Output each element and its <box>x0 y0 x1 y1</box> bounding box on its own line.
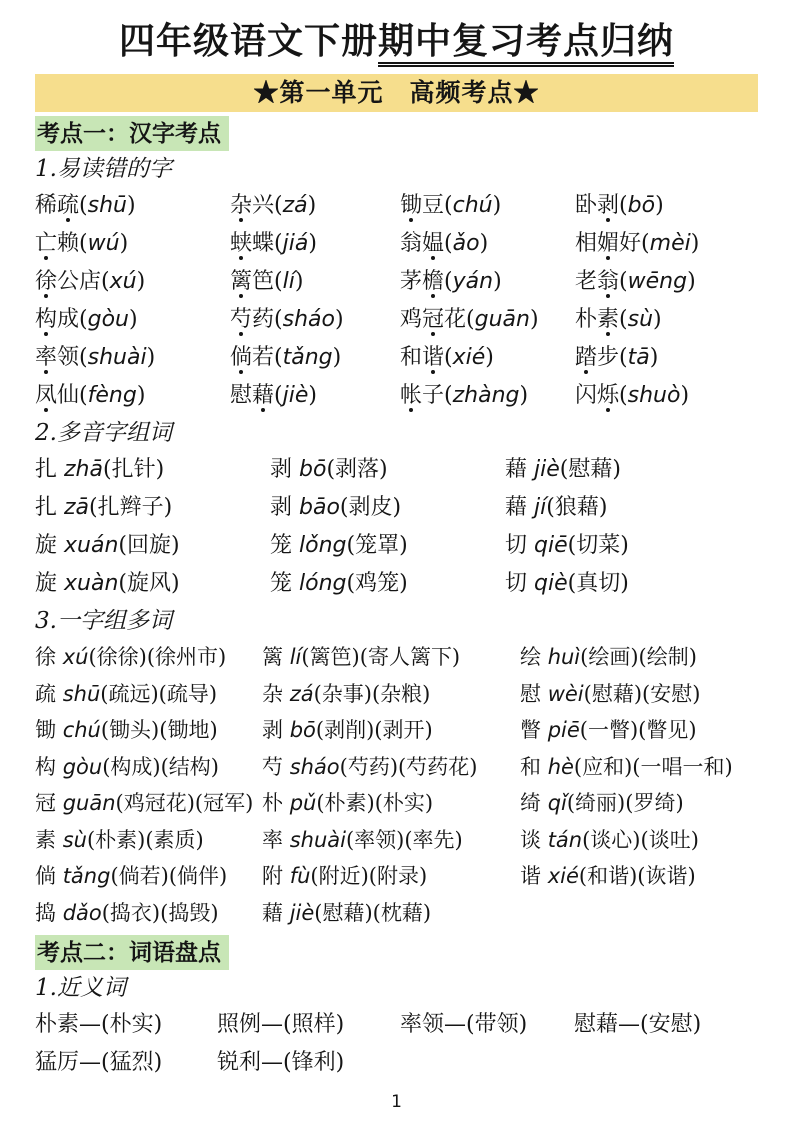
hanzi: 相 <box>575 231 597 256</box>
hanzi: 蛱 <box>230 231 252 256</box>
word-entry: 和谐(xié) <box>400 339 575 377</box>
pinyin: zá <box>290 682 314 706</box>
hanzi: 芍 <box>262 755 290 779</box>
pinyin: jiè <box>290 901 315 925</box>
hanzi: 和 <box>400 345 422 370</box>
page-title-prefix: 四年级语文下册 <box>119 20 378 62</box>
paren: ) <box>308 231 317 256</box>
worksheet-page: 四年级语文下册期中复习考点归纳 ★第一单元 高频考点★ 考点一：汉字考点 1.易… <box>0 0 793 1122</box>
paren: ) <box>336 1012 345 1037</box>
word-entry: 旋 xuàn(旋风) <box>35 565 270 603</box>
word-entry: 闪烁(shuò) <box>575 377 758 415</box>
hanzi: 谈 <box>520 828 548 852</box>
pinyin: guān <box>63 791 116 815</box>
page-title: 四年级语文下册期中复习考点归纳 <box>35 16 758 66</box>
hanzi: 领 <box>57 345 79 370</box>
paren: ) <box>480 231 489 256</box>
word-entry: 慰藉—(安慰) <box>574 1006 758 1044</box>
dash: —( <box>444 1012 475 1037</box>
hanzi: 倘 <box>35 864 63 888</box>
hanzi: 剥 <box>597 193 619 218</box>
words: (附近)(附录) <box>310 864 427 888</box>
word-entry: 谐 xié(和谐)(诙谐) <box>520 858 758 895</box>
hanzi: 瞥 <box>520 718 548 742</box>
word-entry: 亡赖(wú) <box>35 225 230 263</box>
hanzi: 若 <box>252 345 274 370</box>
polyphonic-grid: 扎 zhā(扎针)剥 bō(剥落)藉 jiè(慰藉)扎 zā(扎辫子)剥 bāo… <box>35 451 758 603</box>
word-entry: 照例—(照样) <box>217 1006 400 1044</box>
pinyin: jiá <box>283 231 309 256</box>
hanzi: 冠 <box>35 791 63 815</box>
hanzi: 篱 <box>230 269 252 294</box>
paren: ) <box>308 383 317 408</box>
hanzi: 谐 <box>520 864 548 888</box>
paren: ( <box>79 231 88 256</box>
pinyin: sháo <box>290 755 340 779</box>
dash: —( <box>79 1050 110 1075</box>
kaodian1-heading: 考点一：汉字考点 <box>35 116 229 151</box>
hanzi: 芍 <box>230 307 252 332</box>
words: (谈心)(谈吐) <box>582 828 699 852</box>
hanzi: 藉 <box>505 457 534 482</box>
unit-banner: ★第一单元 高频考点★ <box>35 74 758 112</box>
word-entry: 率领(shuài) <box>35 339 230 377</box>
pinyin: wèi <box>548 682 584 706</box>
pinyin: lǒng <box>299 533 346 558</box>
words: (一瞥)(瞥见) <box>580 718 697 742</box>
pinyin: sù <box>628 307 653 332</box>
paren: ( <box>619 345 628 370</box>
word-a: 慰藉 <box>574 1012 618 1037</box>
hanzi: 素 <box>35 828 63 852</box>
paren: ( <box>619 307 628 332</box>
paren: ( <box>274 193 283 218</box>
word-entry: 慰藉(jiè) <box>230 377 400 415</box>
word-entry: 翁媪(ǎo) <box>400 225 575 263</box>
hanzi: 附 <box>262 864 290 888</box>
pinyin: tǎng <box>63 864 111 888</box>
paren: ) <box>519 1012 528 1037</box>
word-entry: 锄 chú(锄头)(锄地) <box>35 712 262 749</box>
paren: ) <box>137 269 146 294</box>
hanzi: 檐 <box>422 269 444 294</box>
hanzi: 店 <box>79 269 101 294</box>
paren: ) <box>154 1012 163 1037</box>
pinyin: qiē <box>534 533 568 558</box>
hanzi: 笼 <box>270 533 299 558</box>
word: (扎辫子) <box>89 495 172 520</box>
pinyin: xú <box>110 269 137 294</box>
hanzi: 构 <box>35 307 57 332</box>
paren: ) <box>655 193 664 218</box>
paren: ( <box>619 269 628 294</box>
hanzi: 构 <box>35 755 63 779</box>
word-a: 照例 <box>217 1012 261 1037</box>
word-entry: 凤仙(fèng) <box>35 377 230 415</box>
word-entry: 瞥 piē(一瞥)(瞥见) <box>520 712 758 749</box>
word-entry: 绮 qǐ(绮丽)(罗绮) <box>520 785 758 822</box>
hanzi: 豆 <box>422 193 444 218</box>
pinyin: tán <box>548 828 582 852</box>
hanzi: 笆 <box>252 269 274 294</box>
paren: ( <box>444 231 453 256</box>
hanzi: 亡 <box>35 231 57 256</box>
paren: ) <box>650 345 659 370</box>
hanzi: 鸡 <box>400 307 422 332</box>
word-entry: 卧剥(bō) <box>575 187 758 225</box>
paren: ( <box>274 307 283 332</box>
paren: ) <box>147 345 156 370</box>
hanzi: 慰 <box>230 383 252 408</box>
pinyin: lí <box>290 645 302 669</box>
word-entry: 率 shuài(率领)(率先) <box>262 822 520 859</box>
pinyin: qiè <box>534 571 568 596</box>
word-entry: 率领—(带领) <box>400 1006 574 1044</box>
pinyin: guān <box>475 307 530 332</box>
dash: —( <box>79 1012 110 1037</box>
paren: ) <box>485 345 494 370</box>
word-entry: 剥 bō(剥削)(剥开) <box>262 712 520 749</box>
pinyin: huì <box>548 645 580 669</box>
word-entry: 慰 wèi(慰藉)(安慰) <box>520 676 758 713</box>
word-b: 锋利 <box>292 1050 336 1075</box>
word-entry: 稀疏(shū) <box>35 187 230 225</box>
hanzi: 冠 <box>422 307 444 332</box>
word-b: 带领 <box>475 1012 519 1037</box>
pinyin: xié <box>548 864 579 888</box>
paren: ( <box>641 231 650 256</box>
pinyin: xuán <box>64 533 118 558</box>
pinyin: dǎo <box>63 901 102 925</box>
hanzi: 旋 <box>35 533 64 558</box>
word-b: 照样 <box>292 1012 336 1037</box>
pinyin: bō <box>290 718 316 742</box>
pinyin: sù <box>63 828 87 852</box>
section-kaodian2: 考点二：词语盘点 1.近义词 朴素—(朴实)照例—(照样)率领—(带领)慰藉—(… <box>35 931 758 1082</box>
word-entry: 谈 tán(谈心)(谈吐) <box>520 822 758 859</box>
paren: ( <box>619 193 628 218</box>
word-entry: 切 qiè(真切) <box>505 565 758 603</box>
words: (朴素)(素质) <box>87 828 204 852</box>
hanzi: 媚 <box>597 231 619 256</box>
words: (杂事)(杂粮) <box>314 682 431 706</box>
words: (锄头)(锄地) <box>101 718 218 742</box>
word-entry: 猛厉—(猛烈) <box>35 1044 217 1082</box>
pinyin: jí <box>534 495 546 520</box>
hanzi: 烁 <box>597 383 619 408</box>
word: (回旋) <box>118 533 179 558</box>
hanzi: 疏 <box>35 682 63 706</box>
word-entry: 笼 lǒng(笼罩) <box>270 527 505 565</box>
word-entry: 藉 jiè(慰藉)(枕藉) <box>262 895 520 932</box>
pinyin: wēng <box>628 269 687 294</box>
hanzi: 篱 <box>262 645 290 669</box>
hanzi: 慰 <box>520 682 548 706</box>
word-entry: 附 fù(附近)(附录) <box>262 858 520 895</box>
word: (扎针) <box>103 457 164 482</box>
word-entry: 疏 shū(疏远)(疏导) <box>35 676 262 713</box>
word: (剥皮) <box>340 495 401 520</box>
hanzi: 藉 <box>505 495 534 520</box>
word: (剥落) <box>326 457 387 482</box>
hanzi: 赖 <box>57 231 79 256</box>
hanzi: 和 <box>520 755 548 779</box>
hanzi: 笼 <box>270 571 299 596</box>
word-b: 猛烈 <box>110 1050 154 1075</box>
word-entry: 帐子(zhàng) <box>400 377 575 415</box>
section-kaodian1: 考点一：汉字考点 1.易读错的字 稀疏(shū)杂兴(zá)锄豆(chú)卧剥(… <box>35 112 758 931</box>
hanzi: 老 <box>575 269 597 294</box>
word-a: 猛厉 <box>35 1050 79 1075</box>
hanzi: 闪 <box>575 383 597 408</box>
word: (旋风) <box>118 571 179 596</box>
word: (真切) <box>568 571 629 596</box>
hanzi: 蝶 <box>252 231 274 256</box>
pinyin: shuò <box>628 383 681 408</box>
pinyin: yán <box>453 269 493 294</box>
word: (狼藉) <box>546 495 607 520</box>
words: (捣衣)(捣毁) <box>102 901 219 925</box>
word-entry: 蛱蝶(jiá) <box>230 225 400 263</box>
word-entry: 踏步(tā) <box>575 339 758 377</box>
paren: ( <box>444 345 453 370</box>
hanzi: 朴 <box>575 307 597 332</box>
words: (芍药)(芍药花) <box>340 755 478 779</box>
word-entry: 旋 xuán(回旋) <box>35 527 270 565</box>
hanzi: 子 <box>422 383 444 408</box>
hanzi: 杂 <box>230 193 252 218</box>
paren: ( <box>274 345 283 370</box>
words: (应和)(一唱一和) <box>574 755 733 779</box>
hanzi: 素 <box>597 307 619 332</box>
word-b: 安慰 <box>649 1012 693 1037</box>
word-entry: 素 sù(朴素)(素质) <box>35 822 262 859</box>
pinyin: chú <box>63 718 101 742</box>
hanzi: 扎 <box>35 495 64 520</box>
hanzi: 花 <box>444 307 466 332</box>
pinyin: sháo <box>283 307 335 332</box>
paren: ) <box>687 269 696 294</box>
paren: ( <box>274 231 283 256</box>
hanzi: 绮 <box>520 791 548 815</box>
word: (慰藉) <box>560 457 621 482</box>
multiword-label: 3.一字组多词 <box>35 603 758 639</box>
words: (慰藉)(枕藉) <box>314 901 431 925</box>
hanzi: 锄 <box>400 193 422 218</box>
hanzi: 药 <box>252 307 274 332</box>
hanzi: 徐 <box>35 645 63 669</box>
word-entry: 剥 bō(剥落) <box>270 451 505 489</box>
word-entry: 杂 zá(杂事)(杂粮) <box>262 676 520 713</box>
paren: ) <box>335 307 344 332</box>
word: (笼罩) <box>346 533 407 558</box>
hanzi: 凤 <box>35 383 57 408</box>
paren: ( <box>444 383 453 408</box>
hanzi: 疏 <box>57 193 79 218</box>
paren: ) <box>308 193 317 218</box>
words: (倘若)(倘伴) <box>110 864 227 888</box>
paren: ) <box>653 307 662 332</box>
paren: ) <box>154 1050 163 1075</box>
hanzi: 稀 <box>35 193 57 218</box>
word-entry: 扎 zhā(扎针) <box>35 451 270 489</box>
word-entry: 芍 sháo(芍药)(芍药花) <box>262 749 520 786</box>
words: (率领)(率先) <box>346 828 463 852</box>
hanzi: 藉 <box>262 901 290 925</box>
words: (绮丽)(罗绮) <box>567 791 684 815</box>
pinyin: jiè <box>534 457 560 482</box>
word-a: 锐利 <box>217 1050 261 1075</box>
word-entry: 篱笆(lí) <box>230 263 400 301</box>
pinyin: jiè <box>283 383 309 408</box>
hanzi: 谐 <box>422 345 444 370</box>
pinyin: hè <box>548 755 574 779</box>
word-entry: 杂兴(zá) <box>230 187 400 225</box>
hanzi: 兴 <box>252 193 274 218</box>
pinyin: shuài <box>88 345 147 370</box>
word-entry: 笼 lóng(鸡笼) <box>270 565 505 603</box>
paren: ) <box>120 231 129 256</box>
word-entry: 倘 tǎng(倘若)(倘伴) <box>35 858 262 895</box>
hanzi: 锄 <box>35 718 63 742</box>
word-entry: 和 hè(应和)(一唱一和) <box>520 749 758 786</box>
pinyin: lóng <box>299 571 346 596</box>
pinyin: xuàn <box>64 571 118 596</box>
dash: —( <box>618 1012 649 1037</box>
pinyin: tǎng <box>283 345 333 370</box>
dash: —( <box>261 1050 292 1075</box>
pinyin: piē <box>548 718 580 742</box>
hanzi: 翁 <box>597 269 619 294</box>
paren: ( <box>619 383 628 408</box>
paren: ( <box>466 307 475 332</box>
paren: ( <box>101 269 110 294</box>
pinyin: gòu <box>63 755 103 779</box>
page-number: 1 <box>0 1092 793 1112</box>
pinyin: xié <box>453 345 486 370</box>
word-entry: 剥 bāo(剥皮) <box>270 489 505 527</box>
pinyin: mèi <box>650 231 691 256</box>
word-b: 朴实 <box>110 1012 154 1037</box>
hanzi: 杂 <box>262 682 290 706</box>
pinyin: bāo <box>299 495 340 520</box>
hanzi: 卧 <box>575 193 597 218</box>
paren: ) <box>520 383 529 408</box>
hanzi: 仙 <box>57 383 79 408</box>
paren: ) <box>295 269 304 294</box>
hanzi: 徐 <box>35 269 57 294</box>
hanzi: 绘 <box>520 645 548 669</box>
synonyms-grid: 朴素—(朴实)照例—(照样)率领—(带领)慰藉—(安慰)猛厉—(猛烈)锐利—(锋… <box>35 1006 758 1082</box>
paren: ) <box>530 307 539 332</box>
word-entry: 锄豆(chú) <box>400 187 575 225</box>
word-entry: 切 qiē(切菜) <box>505 527 758 565</box>
hanzi: 踏 <box>575 345 597 370</box>
hanzi: 藉 <box>252 383 274 408</box>
hanzi: 剥 <box>270 457 299 482</box>
word-entry: 相媚好(mèi) <box>575 225 758 263</box>
hanzi: 扎 <box>35 457 64 482</box>
words: (剥削)(剥开) <box>316 718 433 742</box>
word-entry: 藉 jiè(慰藉) <box>505 451 758 489</box>
hanzi: 旋 <box>35 571 64 596</box>
paren: ) <box>493 193 502 218</box>
word-entry: 徐 xú(徐徐)(徐州市) <box>35 639 262 676</box>
pinyin: zhā <box>64 457 103 482</box>
hanzi: 捣 <box>35 901 63 925</box>
hanzi: 倘 <box>230 345 252 370</box>
unit-banner-label: ★第一单元 高频考点★ <box>253 78 539 107</box>
pinyin: ǎo <box>453 231 480 256</box>
word-entry: 茅檐(yán) <box>400 263 575 301</box>
pinyin: zhàng <box>453 383 520 408</box>
hanzi: 率 <box>35 345 57 370</box>
hanzi: 切 <box>505 533 534 558</box>
word-entry: 朴素—(朴实) <box>35 1006 217 1044</box>
dash: —( <box>261 1012 292 1037</box>
paren: ) <box>333 345 342 370</box>
paren: ) <box>336 1050 345 1075</box>
hanzi: 率 <box>262 828 290 852</box>
hanzi: 切 <box>505 571 534 596</box>
paren: ) <box>691 231 700 256</box>
pinyin: lí <box>283 269 295 294</box>
pinyin: xú <box>63 645 89 669</box>
misread-grid: 稀疏(shū)杂兴(zá)锄豆(chú)卧剥(bō)亡赖(wú)蛱蝶(jiá)翁… <box>35 187 758 415</box>
pinyin: shuài <box>290 828 346 852</box>
hanzi: 翁 <box>400 231 422 256</box>
hanzi: 成 <box>57 307 79 332</box>
word-a: 率领 <box>400 1012 444 1037</box>
words: (徐徐)(徐州市) <box>88 645 226 669</box>
words: (篱笆)(寄人篱下) <box>301 645 460 669</box>
pinyin: zā <box>64 495 89 520</box>
words: (疏远)(疏导) <box>100 682 217 706</box>
page-title-underlined: 期中复习考点归纳 <box>378 20 674 67</box>
paren: ( <box>274 269 283 294</box>
word-entry: 鸡冠花(guān) <box>400 301 575 339</box>
paren: ( <box>444 193 453 218</box>
paren: ) <box>137 383 146 408</box>
word-entry: 冠 guān(鸡冠花)(冠军) <box>35 785 262 822</box>
word-entry: 芍药(sháo) <box>230 301 400 339</box>
hanzi: 公 <box>57 269 79 294</box>
pinyin: pǔ <box>290 791 317 815</box>
pinyin: tā <box>628 345 650 370</box>
hanzi: 剥 <box>270 495 299 520</box>
word-entry: 构 gòu(构成)(结构) <box>35 749 262 786</box>
word-entry: 倘若(tǎng) <box>230 339 400 377</box>
words: (绘画)(绘制) <box>580 645 697 669</box>
word-entry: 徐公店(xú) <box>35 263 230 301</box>
pinyin: bō <box>628 193 655 218</box>
word-entry: 锐利—(锋利) <box>217 1044 400 1082</box>
hanzi: 朴 <box>262 791 290 815</box>
hanzi: 剥 <box>262 718 290 742</box>
hanzi: 步 <box>597 345 619 370</box>
hanzi: 茅 <box>400 269 422 294</box>
pinyin: chú <box>453 193 493 218</box>
pinyin: wú <box>88 231 120 256</box>
hanzi: 媪 <box>422 231 444 256</box>
pinyin: shū <box>88 193 127 218</box>
pinyin: bō <box>299 457 326 482</box>
words: (和谐)(诙谐) <box>579 864 696 888</box>
paren: ) <box>680 383 689 408</box>
paren: ( <box>79 345 88 370</box>
paren: ) <box>693 1012 702 1037</box>
pinyin: zá <box>283 193 308 218</box>
